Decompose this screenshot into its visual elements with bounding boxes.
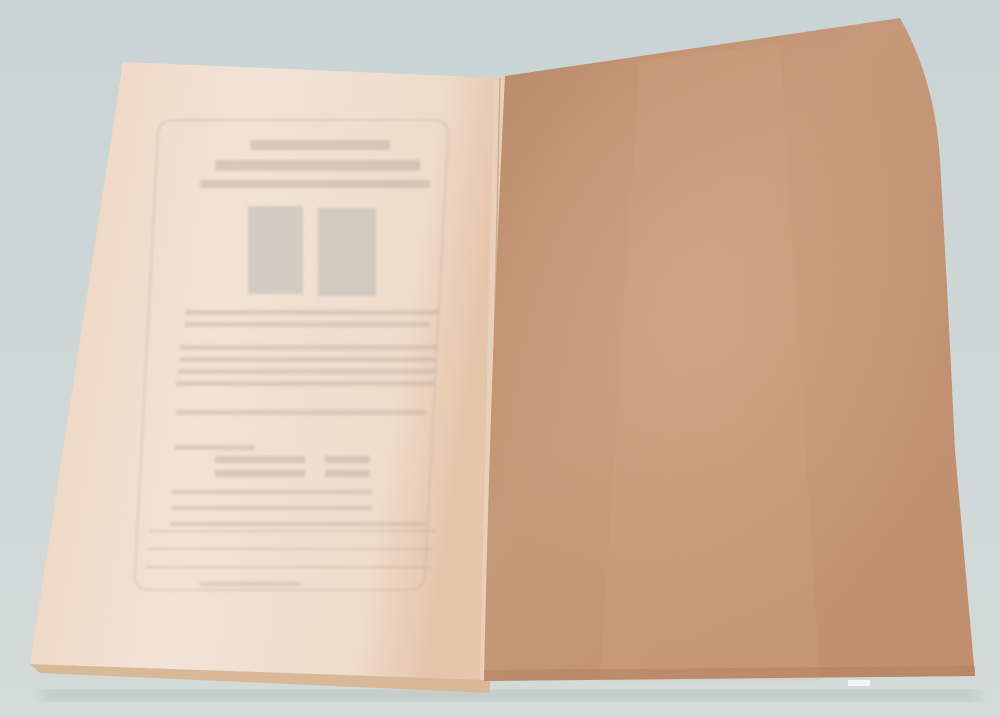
headline-line-2 [215, 160, 420, 171]
headline-line-3 [200, 180, 430, 188]
right-page [484, 18, 975, 681]
headline-line-1 [250, 140, 390, 150]
book-photo [0, 0, 1000, 717]
paper-scrap [848, 680, 870, 686]
ad-image-1 [248, 206, 303, 294]
ad-image-2 [318, 208, 376, 296]
book-shadow [40, 690, 980, 700]
